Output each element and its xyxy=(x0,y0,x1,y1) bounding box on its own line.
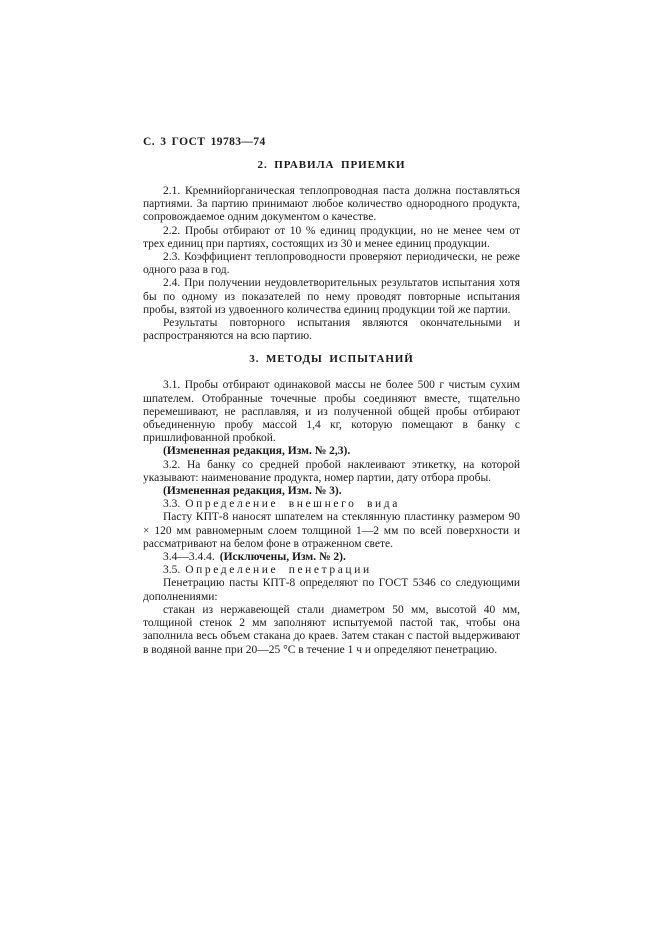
clause-3-5-intro: Пенетрацию пасты КПТ-8 определяют по ГОС… xyxy=(143,577,520,603)
clause-3-2: 3.2. На банку со средней пробой наклеива… xyxy=(143,459,520,485)
section-3-title: 3. МЕТОДЫ ИСПЫТАНИЙ xyxy=(143,353,520,366)
clause-3-3-number: 3.3. xyxy=(163,498,180,510)
clause-2-4-note: Результаты повторного испытания являются… xyxy=(143,317,520,343)
clause-3-4-excluded-line: 3.4—3.4.4.(Исключены, Изм. № 2). xyxy=(143,551,520,564)
clause-3-4-number: 3.4—3.4.4. xyxy=(163,551,215,563)
clause-2-3: 2.3. Коэффициент теплопроводности провер… xyxy=(143,251,520,277)
clause-3-5-number: 3.5. xyxy=(163,564,180,576)
document-page: С. 3 ГОСТ 19783—74 2. ПРАВИЛА ПРИЕМКИ 2.… xyxy=(143,136,520,657)
clause-3-1: 3.1. Пробы отбирают одинаковой массы не … xyxy=(143,379,520,445)
clause-3-4-excluded-note: (Исключены, Изм. № 2). xyxy=(220,551,346,563)
clause-3-3-heading: 3.3.Определение внешнего вида xyxy=(143,498,520,511)
clause-3-3-body: Пасту КПТ-8 наносят шпателем на стеклянн… xyxy=(143,511,520,551)
amendment-note-1: (Измененная редакция, Изм. № 2,3). xyxy=(143,445,520,458)
clause-2-1: 2.1. Кремнийорганическая теплопроводная … xyxy=(143,185,520,225)
clause-3-3-heading-text: Определение внешнего вида xyxy=(185,498,400,510)
clause-2-4: 2.4. При получении неудовлетворительных … xyxy=(143,277,520,317)
amendment-note-2: (Измененная редакция, Изм. № 3). xyxy=(143,485,520,498)
clause-3-5-heading-text: Определение пенетрации xyxy=(185,564,371,576)
page-header-gost-number: С. 3 ГОСТ 19783—74 xyxy=(143,136,520,149)
clause-2-2: 2.2. Пробы отбирают от 10 % единиц проду… xyxy=(143,225,520,251)
clause-3-5-body: стакан из нержавеющей стали диаметром 50… xyxy=(143,604,520,657)
section-2-title: 2. ПРАВИЛА ПРИЕМКИ xyxy=(143,159,520,172)
clause-3-5-heading: 3.5.Определение пенетрации xyxy=(143,564,520,577)
